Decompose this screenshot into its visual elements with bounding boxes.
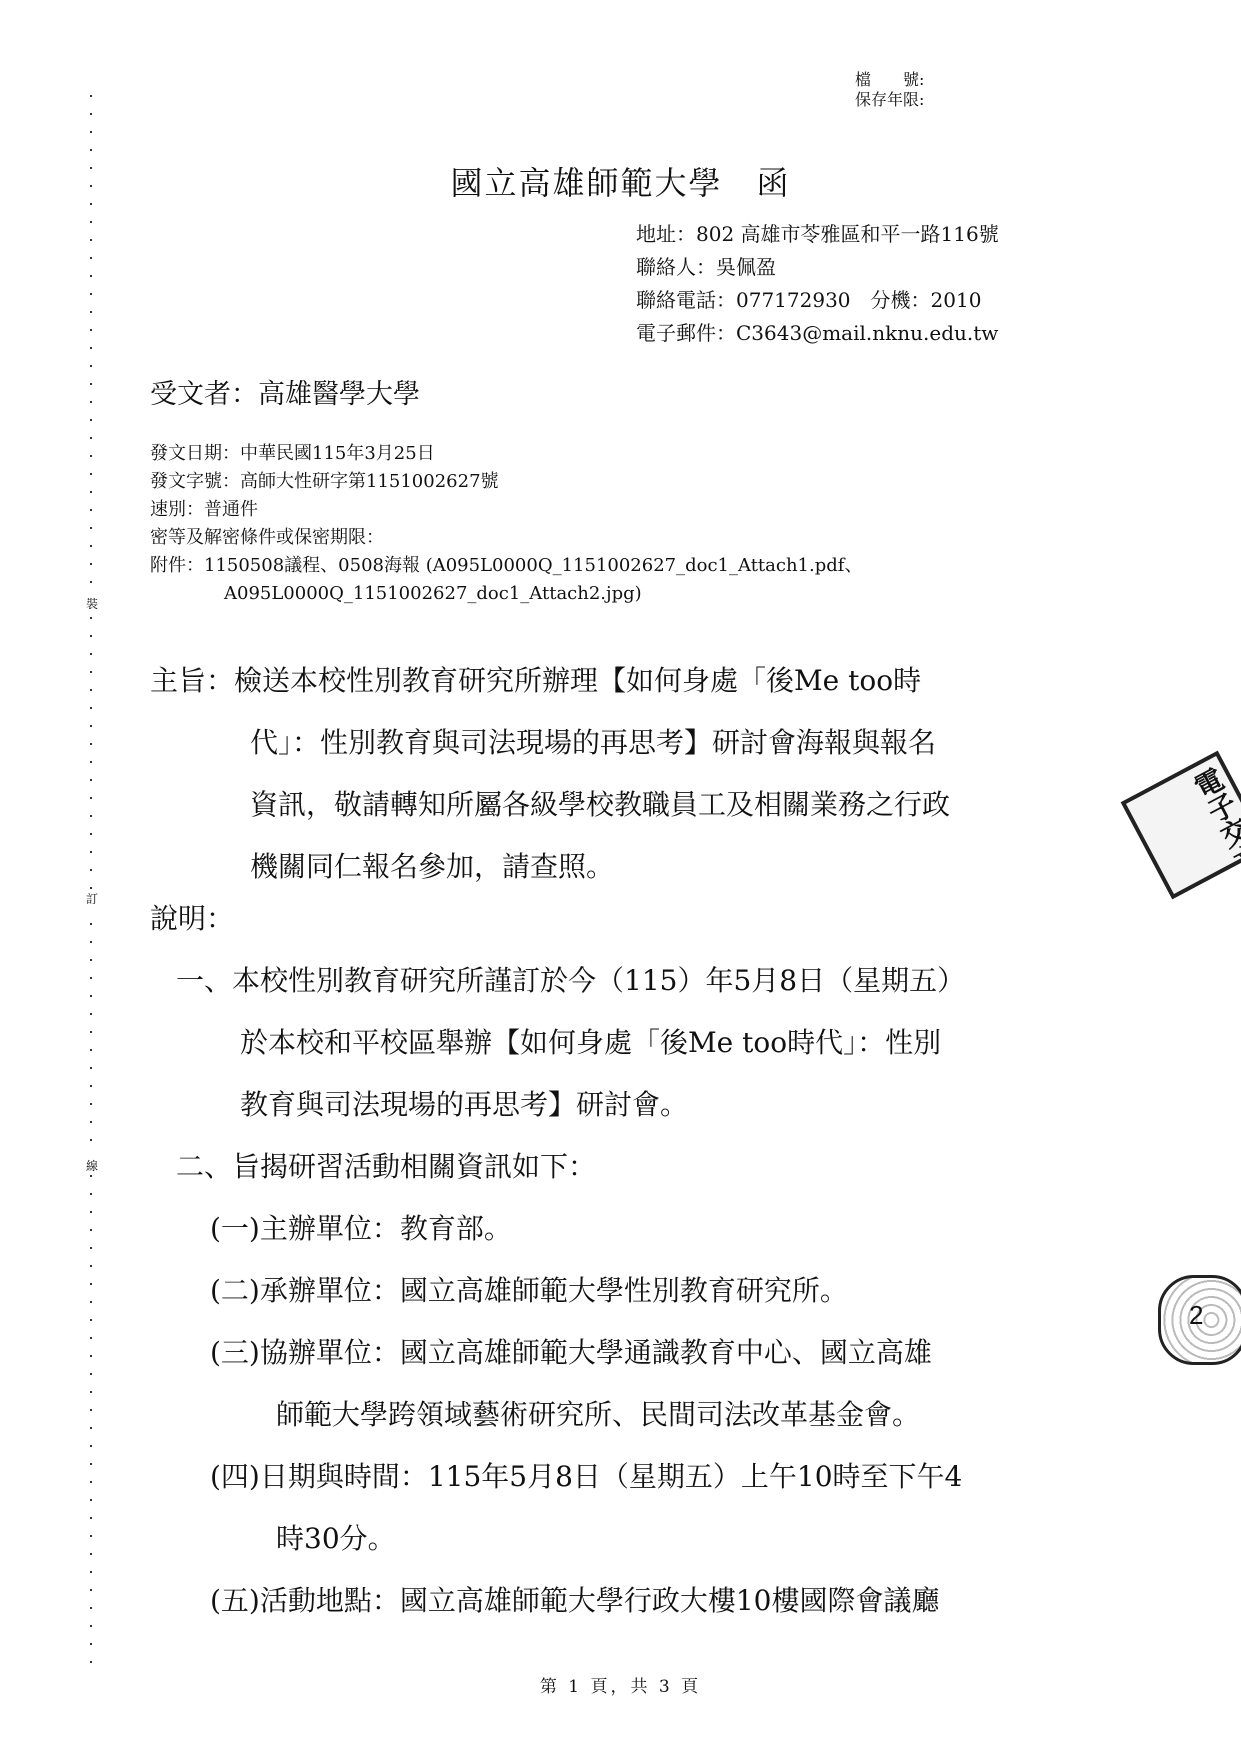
binding-dot [90, 563, 92, 565]
binding-dot [90, 689, 92, 691]
binding-dot [90, 221, 92, 223]
binding-dot [90, 95, 92, 97]
binding-dot [90, 941, 92, 943]
binding-dot [90, 923, 92, 925]
binding-dot [90, 1229, 92, 1231]
speed-class: 速別：普通件 [150, 496, 862, 524]
binding-dot [90, 257, 92, 259]
binding-dot [90, 1589, 92, 1591]
sender-address: 地址：802 高雄市苓雅區和平一路116號 [636, 218, 999, 251]
binding-dot [90, 1445, 92, 1447]
binding-dot [90, 1031, 92, 1033]
binding-dot [90, 275, 92, 277]
binding-dot [90, 545, 92, 547]
binding-dot [90, 185, 92, 187]
binding-dot [90, 1193, 92, 1195]
page-seal-icon: 2 [1158, 1275, 1241, 1365]
doc-number: 發文字號：高師大性研字第1151002627號 [150, 468, 862, 496]
binding-dot [90, 113, 92, 115]
attachment-line-2[interactable]: A095L0000Q_1151002627_doc1_Attach2.jpg) [150, 580, 862, 608]
binding-dot [90, 509, 92, 511]
explanation-heading: 說明： [150, 888, 965, 950]
binding-dot [90, 1517, 92, 1519]
subject-line: 資訊，敬請轉知所屬各級學校教職員工及相關業務之行政 [150, 774, 950, 836]
binding-dot [90, 887, 92, 889]
binding-dot [90, 239, 92, 241]
binding-dot [90, 1427, 92, 1429]
binding-dot [90, 797, 92, 799]
binding-dot [90, 1175, 92, 1177]
sender-info: 地址：802 高雄市苓雅區和平一路116號 聯絡人：吳佩盈 聯絡電話：07717… [636, 218, 999, 350]
subject-line: 主旨：檢送本校性別教育研究所辦理【如何身處「後Me too時 [150, 650, 950, 712]
binding-dot [90, 311, 92, 313]
binding-dot [90, 383, 92, 385]
binding-dot [90, 1265, 92, 1267]
binding-dot [90, 293, 92, 295]
binding-dot [90, 131, 92, 133]
binding-dot [90, 977, 92, 979]
binding-dot [90, 1049, 92, 1051]
binding-dot [90, 1643, 92, 1645]
binding-dot [90, 779, 92, 781]
item-1-line: 一、本校性別教育研究所謹訂於今（115）年5月8日（星期五） [150, 950, 965, 1012]
document-title: 國立高雄師範大學 函 [0, 158, 1241, 204]
binding-dot [90, 1103, 92, 1105]
explanation: 說明： 一、本校性別教育研究所謹訂於今（115）年5月8日（星期五） 於本校和平… [150, 888, 965, 1632]
binding-dot [90, 1337, 92, 1339]
binding-mark-line: 線 [84, 1157, 100, 1174]
binding-dot [90, 959, 92, 961]
binding-dot [90, 725, 92, 727]
sub-item-host: (二)承辦單位：國立高雄師範大學性別教育研究所。 [150, 1260, 965, 1322]
sender-contact: 聯絡人：吳佩盈 [636, 251, 999, 284]
binding-dot [90, 1625, 92, 1627]
issue-date: 發文日期：中華民國115年3月25日 [150, 440, 862, 468]
item-1-line: 教育與司法現場的再思考】研討會。 [150, 1074, 965, 1136]
binding-dot [90, 581, 92, 583]
binding-dot [90, 1301, 92, 1303]
binding-dot [90, 851, 92, 853]
binding-dot [90, 203, 92, 205]
binding-dot [90, 1391, 92, 1393]
binding-dot [90, 1535, 92, 1537]
binding-dot [90, 473, 92, 475]
binding-dot [90, 1409, 92, 1411]
binding-dot [90, 1661, 92, 1663]
subject-line: 代」：性別教育與司法現場的再思考】研討會海報與報名 [150, 712, 950, 774]
electronic-exchange-stamp-icon: 電子交文騎 [1121, 751, 1241, 900]
binding-dot [90, 149, 92, 151]
page-footer: 第 1 頁，共 3 頁 [0, 1672, 1241, 1697]
page-seal-number: 2 [1189, 1300, 1203, 1331]
binding-dot [90, 1283, 92, 1285]
binding-dot [90, 833, 92, 835]
confidentiality: 密等及解密條件或保密期限： [150, 524, 862, 552]
binding-dot [90, 635, 92, 637]
binding-dot [90, 743, 92, 745]
binding-dot [90, 707, 92, 709]
binding-line: 裝 訂 線 [86, 95, 98, 1675]
sub-item-venue: (五)活動地點：國立高雄師範大學行政大樓10樓國際會議廳 [150, 1570, 965, 1632]
recipient: 受文者：高雄醫學大學 [150, 372, 420, 411]
file-info: 檔 號: 保存年限: [855, 70, 924, 110]
sender-phone: 聯絡電話：077172930 分機：2010 [636, 284, 999, 317]
binding-dot [90, 329, 92, 331]
sender-email: 電子郵件：C3643@mail.nknu.edu.tw [636, 317, 999, 350]
binding-dot [90, 815, 92, 817]
retention-label: 保存年限: [855, 90, 924, 110]
binding-dot [90, 1013, 92, 1015]
binding-dot [90, 347, 92, 349]
binding-dot [90, 761, 92, 763]
subject: 主旨：檢送本校性別教育研究所辦理【如何身處「後Me too時 代」：性別教育與司… [150, 650, 950, 898]
document-meta: 發文日期：中華民國115年3月25日 發文字號：高師大性研字第115100262… [150, 440, 862, 608]
item-1-line: 於本校和平校區舉辦【如何身處「後Me too時代」：性別 [150, 1012, 965, 1074]
binding-dot [90, 401, 92, 403]
binding-dot [90, 1571, 92, 1573]
binding-dot [90, 365, 92, 367]
binding-dot [90, 995, 92, 997]
file-number-label: 檔 號: [855, 70, 924, 90]
binding-dot [90, 671, 92, 673]
binding-dot [90, 1211, 92, 1213]
sub-item-co-organizer-cont: 師範大學跨領域藝術研究所、民間司法改革基金會。 [150, 1384, 965, 1446]
binding-dot [90, 455, 92, 457]
binding-dot [90, 167, 92, 169]
binding-dot [90, 491, 92, 493]
binding-dot [90, 869, 92, 871]
binding-mark-staple: 訂 [84, 890, 100, 907]
binding-dot [90, 1139, 92, 1141]
binding-dot [90, 1553, 92, 1555]
binding-dot [90, 1247, 92, 1249]
binding-dot [90, 1373, 92, 1375]
binding-dot [90, 1121, 92, 1123]
sub-item-date-time: (四)日期與時間：115年5月8日（星期五）上午10時至下午4 [150, 1446, 965, 1508]
binding-dot [90, 527, 92, 529]
binding-dot [90, 1319, 92, 1321]
item-2-heading: 二、旨揭研習活動相關資訊如下： [150, 1136, 965, 1198]
sub-item-co-organizer: (三)協辦單位：國立高雄師範大學通識教育中心、國立高雄 [150, 1322, 965, 1384]
attachment-line-1[interactable]: 附件：1150508議程、0508海報 (A095L0000Q_11510026… [150, 552, 862, 580]
binding-dot [90, 617, 92, 619]
binding-dot [90, 653, 92, 655]
binding-dot [90, 419, 92, 421]
sub-item-organizer: (一)主辦單位：教育部。 [150, 1198, 965, 1260]
binding-dot [90, 1481, 92, 1483]
binding-dot [90, 1463, 92, 1465]
sub-item-date-time-cont: 時30分。 [150, 1508, 965, 1570]
binding-dot [90, 1355, 92, 1357]
binding-dot [90, 1499, 92, 1501]
binding-dot [90, 1085, 92, 1087]
binding-dot [90, 437, 92, 439]
binding-dot [90, 1607, 92, 1609]
binding-mark-bind: 裝 [84, 595, 100, 612]
binding-dot [90, 1067, 92, 1069]
